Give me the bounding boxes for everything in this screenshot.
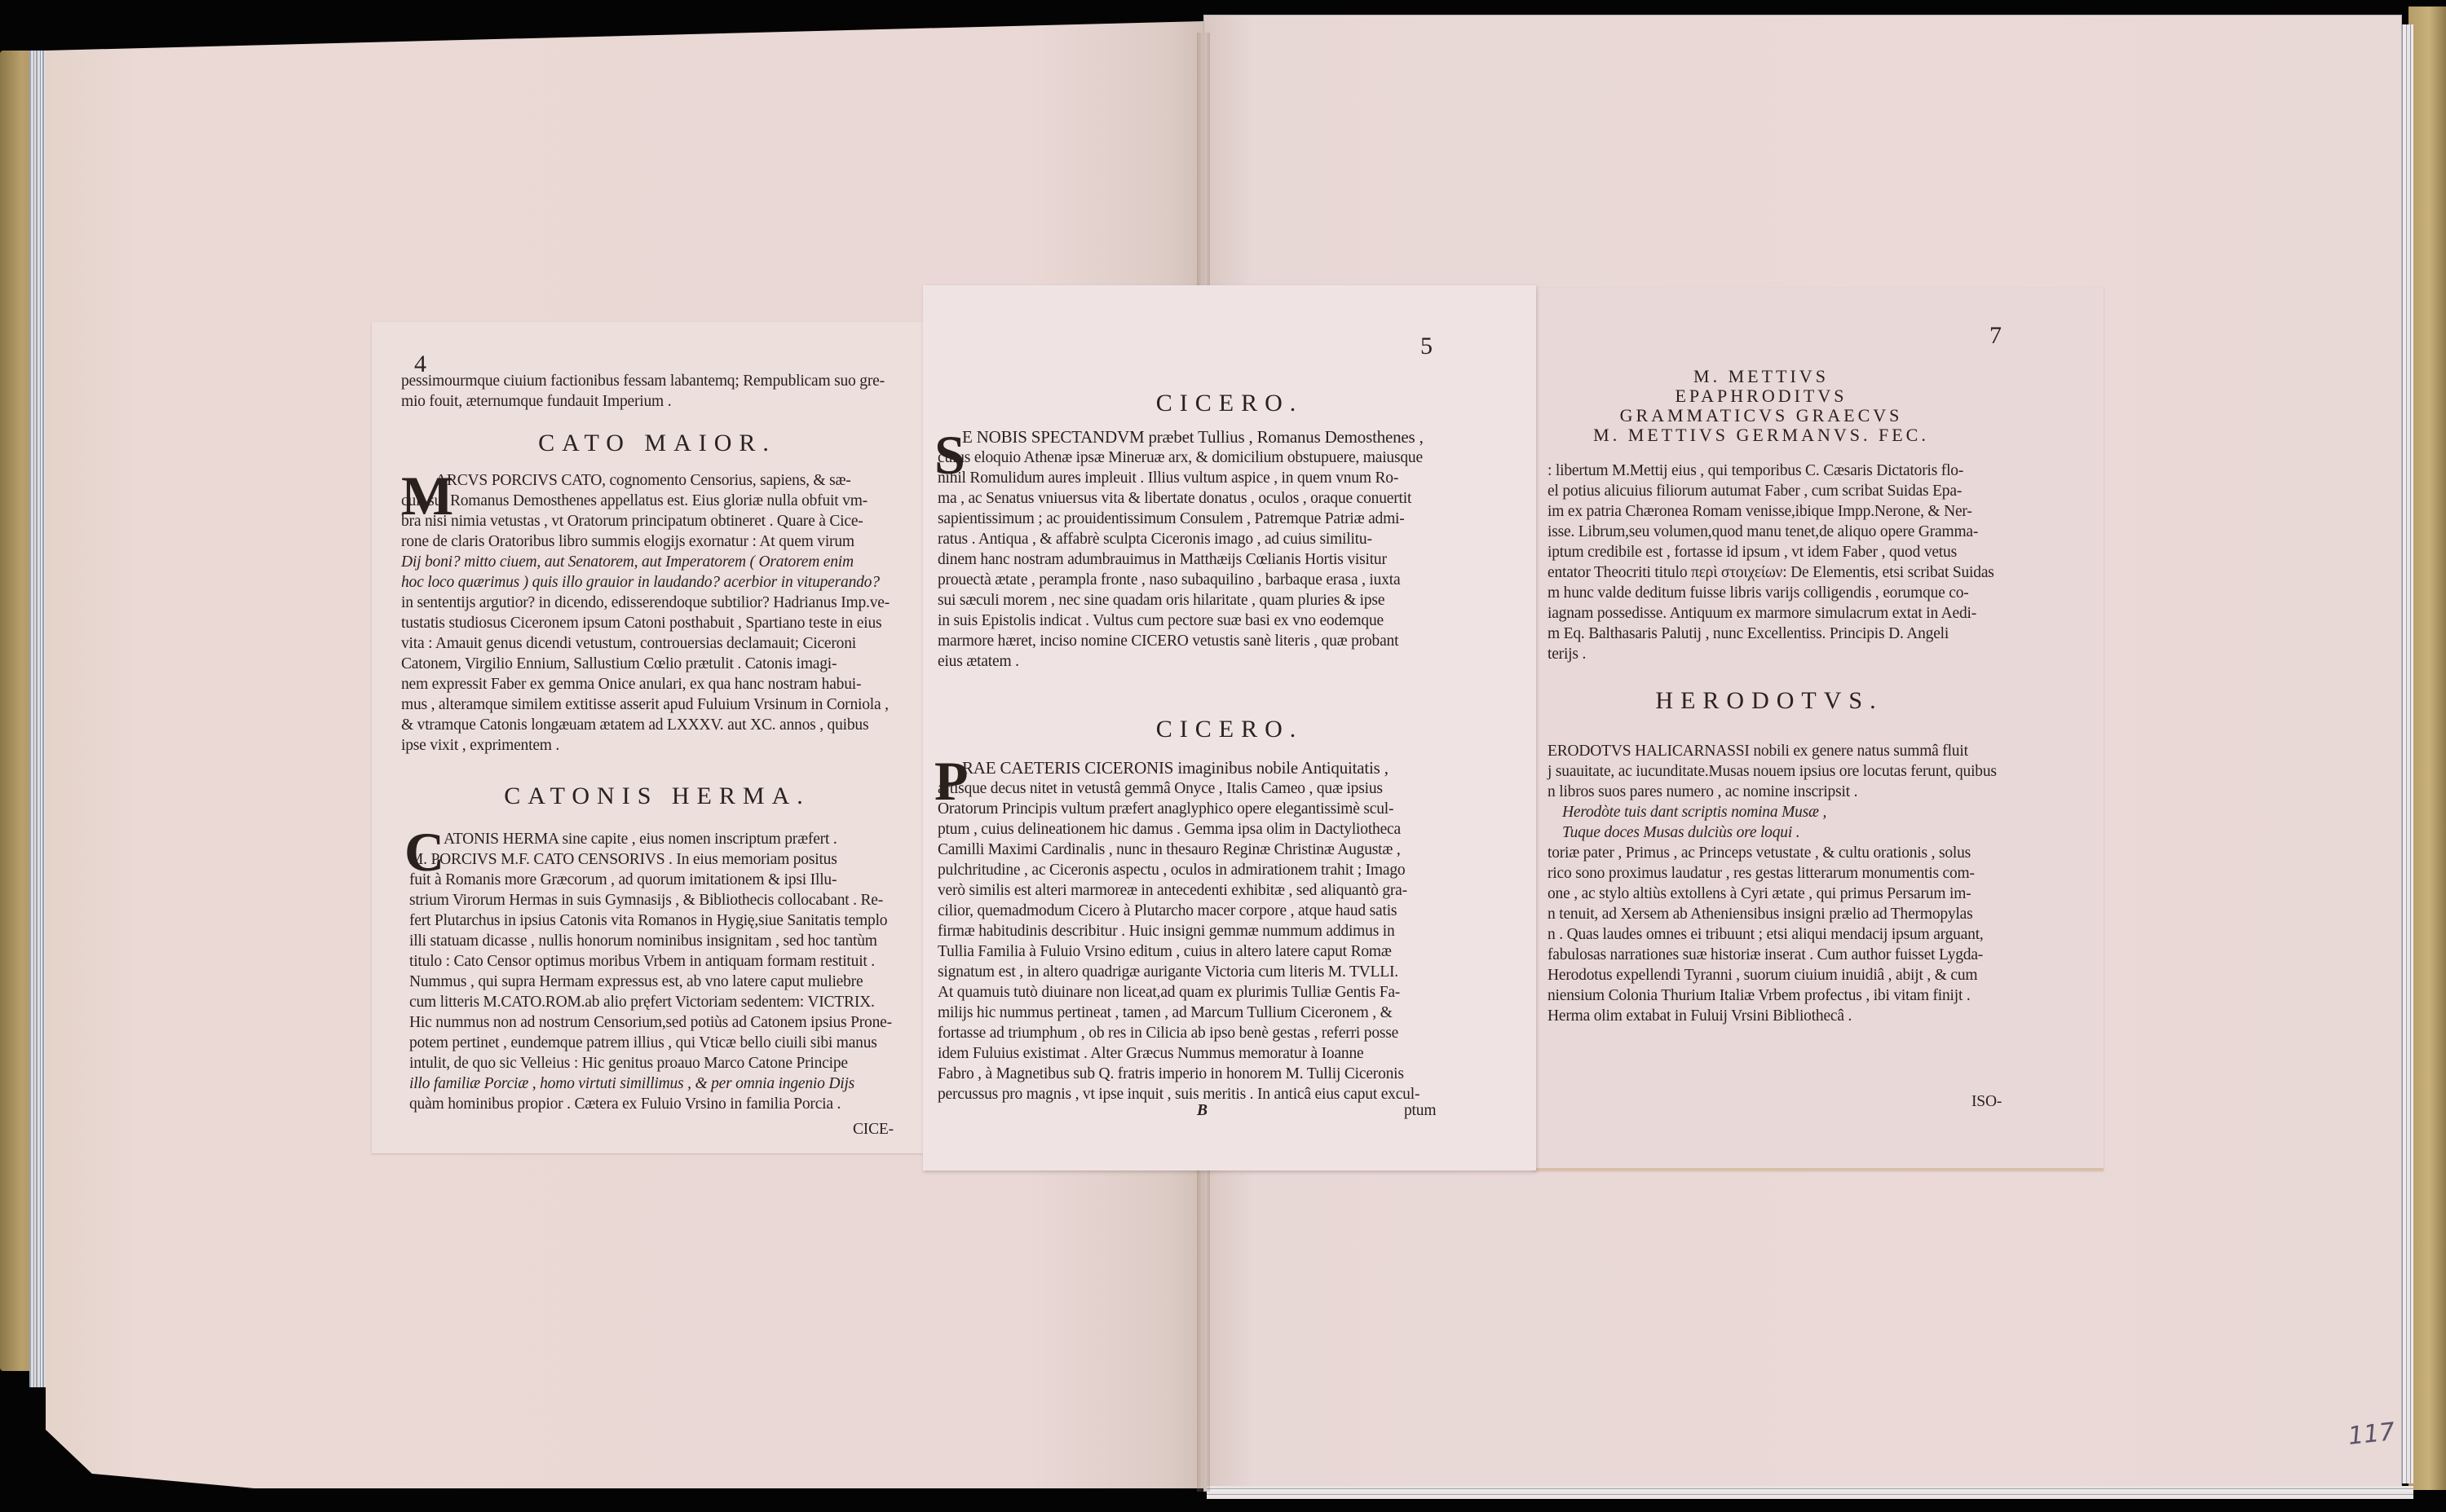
text-line: entator Theocriti titulo περὶ στοιχείων:… <box>1548 562 1994 583</box>
text-line: : libertum M.Mettij eius , qui temporibu… <box>1548 461 1994 481</box>
text-line: At quamuis tutò diuinare non liceat,ad q… <box>938 982 1419 1003</box>
text-line: artisque decus nitet in vetustâ gemmâ On… <box>938 778 1419 799</box>
text-line: fert Plutarchus in ipsius Catonis vita R… <box>409 910 892 931</box>
text-line: sapientissimum ; ac prouidentissimum Con… <box>938 509 1424 529</box>
inscription-line: GRAMMATICVS GRAECVS <box>1533 405 1989 426</box>
text-line: Camilli Maximi Cardinalis , nunc in thes… <box>938 840 1419 860</box>
text-line: ptum , cuius delineationem hic damus . G… <box>938 819 1419 840</box>
text-line: Herodotus expellendi Tyranni , suorum ci… <box>1548 965 1997 985</box>
text-line: fuit à Romanis more Græcorum , ad quorum… <box>409 870 892 890</box>
text-line: ma , ac Senatus vniuersus vita & liberta… <box>938 488 1424 509</box>
cicero-body-2: RAE CAETERIS CICERONIS imaginibus nobile… <box>938 758 1419 1104</box>
text-line: Herma olim extabat in Fuluij Vrsini Bibl… <box>1548 1006 1997 1026</box>
text-line: im ex patria Chæronea Romam venisse,ibiq… <box>1548 501 1994 522</box>
text-line: nihil Romulidum aures impleuit . Illius … <box>938 468 1424 488</box>
catonis-herma-body: ATONIS HERMA sine capite , eius nomen in… <box>409 829 892 1114</box>
text-line: rico sono proximus laudatur , res gestas… <box>1548 863 1997 884</box>
text-line: n tenuit, ad Xersem ab Atheniensibus ins… <box>1548 904 1997 924</box>
text-line: m hunc valde deditum fuisse libris varij… <box>1548 583 1994 603</box>
text-line: ARCVS PORCIVS CATO, cognomento Censorius… <box>401 470 890 491</box>
text-line: titulo : Cato Censor optimus moribus Vrb… <box>409 951 892 972</box>
catchword: ptum <box>1404 1100 1436 1121</box>
text-line: strium Virorum Hermas in suis Gymnasijs … <box>409 890 892 910</box>
page-edges-bottom <box>1207 1486 2413 1499</box>
text-line: iagnam possedisse. Antiquum ex marmore s… <box>1548 603 1994 624</box>
text-line: pessimourmque ciuium factionibus fessam … <box>401 371 885 391</box>
text-line: fabulosas narrationes suæ historiæ inser… <box>1548 945 1997 965</box>
inscription-line: M. METTIVS GERMANVS. FEC. <box>1533 425 1989 446</box>
catchword: ISO- <box>1971 1091 2002 1112</box>
inscription-line: M. METTIVS <box>1533 366 1989 387</box>
text-line: milijs hic nummus pertineat , tamen , ad… <box>938 1003 1419 1023</box>
text-line: idem Fuluius existimat . Alter Græcus Nu… <box>938 1043 1419 1064</box>
text-line: hoc loco quærimus ) quis illo grauior in… <box>401 572 890 593</box>
text-line: in suis Epistolis indicat . Vultus cum p… <box>938 611 1424 631</box>
signature-mark: B <box>1197 1100 1208 1121</box>
text-line: Oratorum Principis vultum præfert anagly… <box>938 799 1419 819</box>
text-line: terijs . <box>1548 644 1994 664</box>
section-heading-herodotus: HERODOTVS. <box>1533 687 2006 715</box>
cato-maior-body: ARCVS PORCIVS CATO, cognomento Censorius… <box>401 470 890 756</box>
text-line: culi sui Romanus Demosthenes appellatus … <box>401 491 890 511</box>
section-heading-cato-maior: CATO MAIOR. <box>372 430 943 457</box>
text-line: tustatis studiosus Ciceronem ipsum Caton… <box>401 613 890 633</box>
text-line: in sententijs argutior? in dicendo, edis… <box>401 593 890 613</box>
text-line: & vtramque Catonis longæuam ætatem ad LX… <box>401 715 890 735</box>
text-line: potem pertinet , eundemque patrem illius… <box>409 1033 892 1053</box>
pasted-sheet-page-7: 7 M. METTIVS EPAPHRODITVS GRAMMATICVS GR… <box>1533 288 2104 1170</box>
text-line: one , ac stylo altiùs extollens à Cyri æ… <box>1548 884 1997 904</box>
text-line: bra nisi nimia vetustas , vt Oratorum pr… <box>401 511 890 531</box>
text-line: mus , alteramque similem extitisse asser… <box>401 694 890 715</box>
text-line: M. PORCIVS M.F. CATO CENSORIVS . In eius… <box>409 849 892 870</box>
text-line: n . Quas laudes omnes ei tribuunt ; etsi… <box>1548 924 1997 945</box>
text-line: Hic nummus non ad nostrum Censorium,sed … <box>409 1012 892 1033</box>
section-heading-catonis-herma: CATONIS HERMA. <box>372 782 943 810</box>
text-line: Nummus , qui supra Hermam expressus est,… <box>409 972 892 992</box>
text-line: percussus pro magnis , vt ipse inquit , … <box>938 1084 1419 1104</box>
herodotus-body: ERODOTVS HALICARNASSI nobili ex genere n… <box>1548 741 1997 1026</box>
verse-line: Tuque doces Musas dulciùs ore loqui . <box>1548 822 1997 843</box>
text-line: marmore hæret, inciso nomine CICERO vetu… <box>938 631 1424 651</box>
page-edges-left <box>29 51 47 1387</box>
text-line: n libros suos pares numero , ac nomine i… <box>1548 782 1997 802</box>
text-line: dinem hanc nostram adumbrauimus in Matth… <box>938 549 1424 570</box>
text-line: illo familiæ Porciæ , homo virtuti simil… <box>409 1073 892 1094</box>
text-line: pulchritudine , ac Ciceronis aspectu , o… <box>938 860 1419 880</box>
text-line: Tullia Familia à Fuluio Vrsino editum , … <box>938 941 1419 962</box>
text-line: mio fouit, æternumque fundauit Imperium … <box>401 391 885 412</box>
text-line: j suauitate, ac iucunditate.Musas nouem … <box>1548 761 1997 782</box>
text-line: m Eq. Balthasaris Palutij , nunc Excelle… <box>1548 624 1994 644</box>
intro-text: pessimourmque ciuium factionibus fessam … <box>401 371 885 412</box>
text-line: iptum credibile est , fortasse id ipsum … <box>1548 542 1994 562</box>
mettius-body: : libertum M.Mettij eius , qui temporibu… <box>1548 461 1994 664</box>
section-heading-cicero-2: CICERO. <box>923 716 1536 743</box>
inscription-line: EPAPHRODITVS <box>1533 386 1989 407</box>
text-line: verò similis est alteri marmoreæ in ante… <box>938 880 1419 901</box>
text-line: cuius eloquio Athenæ ipsæ Mineruæ arx, &… <box>938 447 1424 468</box>
cicero-body-1: E NOBIS SPECTANDVM præbet Tullius , Roma… <box>938 427 1424 672</box>
text-line: vita : Amauit genus dicendi vetustum, co… <box>401 633 890 654</box>
text-line: Catonem, Virgilio Ennium, Sallustium Cœl… <box>401 654 890 674</box>
text-line: fortasse ad triumphum , ob res in Cilici… <box>938 1023 1419 1043</box>
text-line: illi statuam dicasse , nullis honorum no… <box>409 931 892 951</box>
text-line: Fabro , à Magnetibus sub Q. fratris impe… <box>938 1064 1419 1084</box>
text-line: sui sæculi morem , nec sine quadam oris … <box>938 590 1424 611</box>
text-line: eius ætatem . <box>938 651 1424 672</box>
text-line: cilior, quemadmodum Cicero à Plutarcho m… <box>938 901 1419 921</box>
section-heading-cicero-1: CICERO. <box>923 390 1536 417</box>
page-number: 7 <box>1989 322 2002 350</box>
pasted-sheet-page-4: 4 pessimourmque ciuium factionibus fessa… <box>372 322 943 1153</box>
text-line: niensium Colonia Thurium Italiæ Vrbem pr… <box>1548 985 1997 1006</box>
text-line: isse. Librum,seu volumen,quod manu tenet… <box>1548 522 1994 542</box>
verse-line: Herodòte tuis dant scriptis nomina Musæ … <box>1548 802 1997 822</box>
text-line: rone de claris Oratoribus libro summis e… <box>401 531 890 552</box>
text-line: nem expressit Faber ex gemma Onice anula… <box>401 674 890 694</box>
text-line: ATONIS HERMA sine capite , eius nomen in… <box>409 829 892 849</box>
text-line: firmæ habitudinis describitur . Huic ins… <box>938 921 1419 941</box>
catchword: CICE- <box>853 1119 894 1140</box>
text-line: quàm hominibus propior . Cætera ex Fului… <box>409 1094 892 1114</box>
text-line: cum litteris M.CATO.ROM.ab alio pręfert … <box>409 992 892 1012</box>
text-line: ipse vixit , exprimentem . <box>401 735 890 756</box>
handwritten-folio-number: 117 <box>2347 1417 2396 1451</box>
text-line: toriæ pater , Primus , ac Princeps vetus… <box>1548 843 1997 863</box>
book-binding-right <box>2408 7 2446 1490</box>
text-line: Dij boni? mitto ciuem, aut Senatorem, au… <box>401 552 890 572</box>
text-line: prouectà ætate , perampla fronte , naso … <box>938 570 1424 590</box>
text-line: signatum est , in altero quadrigæ auriga… <box>938 962 1419 982</box>
text-line: intulit, de quo sic Velleius : Hic genit… <box>409 1053 892 1073</box>
pasted-sheet-page-5: 5 CICERO. S E NOBIS SPECTANDVM præbet Tu… <box>923 285 1536 1170</box>
text-line: ERODOTVS HALICARNASSI nobili ex genere n… <box>1548 741 1997 761</box>
page-number: 5 <box>1420 333 1433 360</box>
text-line: E NOBIS SPECTANDVM præbet Tullius , Roma… <box>938 427 1424 447</box>
text-line: el potius alicuius filiorum autumat Fabe… <box>1548 481 1994 501</box>
text-line: RAE CAETERIS CICERONIS imaginibus nobile… <box>938 758 1419 778</box>
text-line: ratus . Antiqua , & affabrè sculpta Cice… <box>938 529 1424 549</box>
